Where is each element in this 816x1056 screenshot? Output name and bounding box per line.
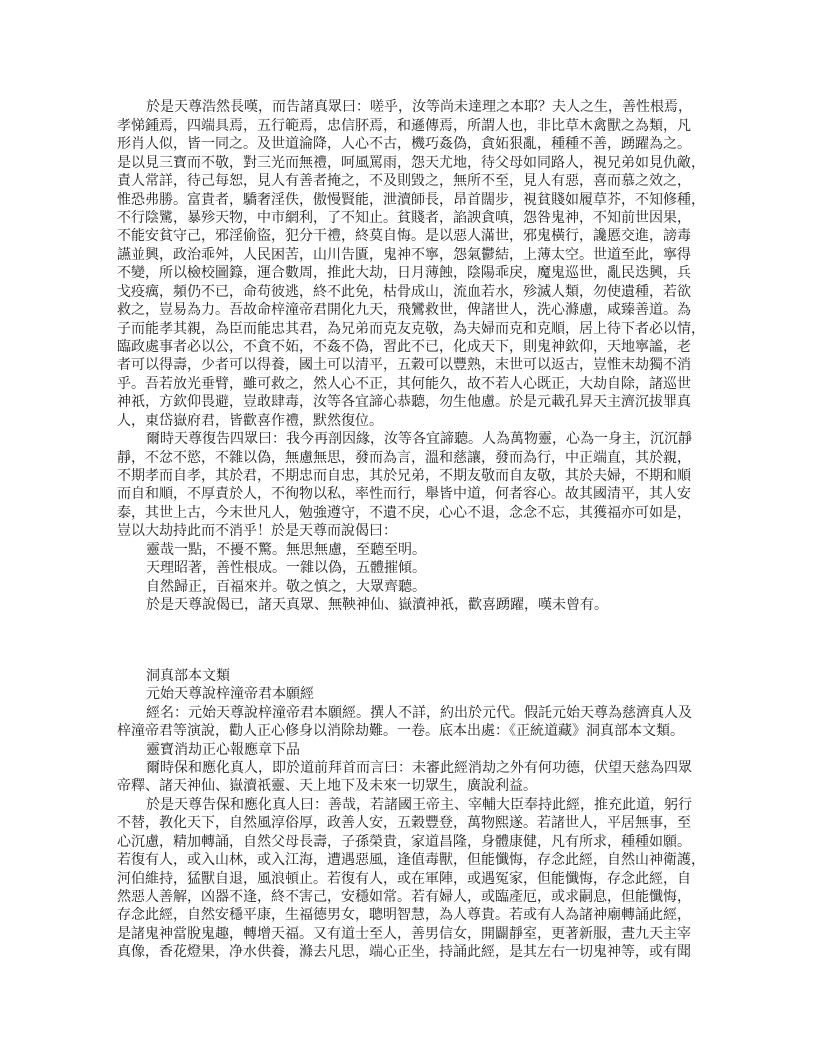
text-line: 臨政處事者必以公，不貪不妬，不姦不偽，習此不已，化成天下，則鬼神欽仰，天地寧謐，…	[117, 338, 717, 356]
text-line: 河伯維持，猛獸自退，風浪頓止。若復有人，或在軍陣，或遇冤家，但能懺悔，存念此經，…	[117, 870, 717, 888]
text-line: 然惡人善解，凶器不逢，終不害己，安穩如常。若有婦人，或臨產厄，或求嗣息，但能懺悔…	[117, 888, 717, 906]
text-line: 不能安貧守己，邪淫偷盜，犯分干禮，終莫自悔。是以惡人滿世，邪鬼橫行，讒慝交進，謗…	[117, 227, 717, 245]
text-line: 而自和順，不厚責於人，不徇物以私，率性而行，舉皆中道，何者容心。故其國清平，其人…	[117, 485, 717, 503]
text-line: 爾時保和應化真人，即於道前拜首而言曰：未審此經消劫之外有何功德，伏望天慈為四眾	[146, 759, 746, 777]
text-line: 若復有人，或入山林，或入江海，遭遇惡風，逢值毒獸，但能懺悔，存念此經，自然山神衛…	[117, 851, 717, 869]
text-line: 惟恐弗勝。富貴者，驕奢淫佚，傲慢賢能，泄瀆師長，昂首闊步，視貧賤如履草芥，不知修…	[117, 191, 717, 209]
category-heading: 洞真部本文類	[146, 667, 746, 685]
verse-line: 靈哉一點，不擾不驚。無思無慮，至聽至明。	[146, 541, 746, 559]
text-line: 人，東岱嶽府君，皆歡喜作禮，默然復位。	[117, 412, 717, 430]
text-line: 豈以大劫持此而不消乎！於是天尊而說偈曰：	[117, 522, 717, 540]
text-line: 帝釋、諸天神仙、嶽瀆祇靈、天上地下及未來一切眾生，廣說利益。	[117, 777, 717, 795]
text-line: 存念此經，自然安穩平康，生福德男女，聰明智慧，為人尊貴。若或有人為諸神廟轉誦此經…	[117, 906, 717, 924]
text-line: 於是天尊告保和應化真人曰：善哉，若諸國王帝主、宰輔大臣奉持此經，推充此道，躬行	[146, 796, 746, 814]
text-line: 心沉慮，精加轉誦，自然父母長壽，子孫榮貴，家道昌隆，身體康健，凡有所求，種種如願…	[117, 833, 717, 851]
verse-line: 天理昭著，善性根成。一雜以偽，五體摧傾。	[146, 559, 746, 577]
text-line: 子而能孝其親，為臣而能忠其君，為兄弟而克友克敬，為夫婦而克和克順，居上待下者必以…	[117, 320, 717, 338]
document-page: 於是天尊浩然長嘆，而告諸真眾曰：嗟乎，汝等尚未達理之本耶？夫人之生，善性根焉， …	[0, 0, 816, 1056]
text-line: 爾時天尊復告四眾曰：我今再剖因緣，汝等各宜諦聽。人為萬物靈，心為一身主，沉沉靜	[146, 430, 746, 448]
text-line: 不行陰騭，暴殄天物，中市網利，了不知止。貧賤者，諂諛貪嗔，怨咎鬼神，不知前世因果…	[117, 209, 717, 227]
text-line: 於是天尊浩然長嘆，而告諸真眾曰：嗟乎，汝等尚未達理之本耶？夫人之生，善性根焉，	[146, 98, 746, 116]
chapter-heading: 靈寶消劫正心報應章下品	[146, 741, 746, 759]
text-line: 讌並興，政治乖舛，人民困苦，山川告匱，鬼神不寧，怨氣鬱結，上薄太空。世道至此，寧…	[117, 246, 717, 264]
text-line: 形肖人似，皆一同之。及世道淪降，人心不古，機巧姦偽，貪妬狠亂，種種不善，踴躍為之…	[117, 135, 717, 153]
text-line: 乎。吾若放光垂臂，雖可救之，然人心不正，其何能久，故不若人心既正，大劫自除，諸巡…	[117, 375, 717, 393]
text-line: 是以見三寶而不敬，對三光而無禮，呵風罵雨，怨天尤地，待父母如同路人，視兄弟如見仇…	[117, 154, 717, 172]
verse-line: 自然歸正，百福來并。敬之慎之，大眾齊聽。	[146, 578, 746, 596]
text-line: 者可以得壽，少者可以得養，國土可以清平，五穀可以豐熟，末世可以返古，豈惟末劫獨不…	[117, 356, 717, 374]
text-line: 不變，所以檢校圖籙，運合數周，推此大劫，日月薄蝕，陰陽乖戾，魔鬼巡世，亂民迭興，…	[117, 264, 717, 282]
text-line: 經名：元始天尊說梓潼帝君本願經。撰人不詳，約出於元代。假託元始天尊為慈濟真人及	[146, 704, 746, 722]
text-line: 不替，教化天下，自然風淳俗厚，政善人安，五穀豐登，萬物熙遂。若諸世人，平居無事，…	[117, 814, 717, 832]
text-line: 靜，不忿不慾，不雜以偽，無慮無思，發而為言，溫和慈讓，發而為行，中正端直，其於親…	[117, 449, 717, 467]
text-line: 孝悌鍾焉，四端具焉，五行範焉，忠信肧焉，和遜傳焉，所謂人也，非比草木禽獸之為類，…	[117, 117, 717, 135]
scripture-title: 元始天尊說梓潼帝君本願經	[146, 685, 746, 703]
text-line: 戈疫癘，頻仍不已，命苟彼逃，終不此免，枯骨成山，流血若水，殄滅人類，勿使遺種，若…	[117, 283, 717, 301]
closing-line: 於是天尊說偈已，諸天真眾、無鞅神仙、嶽瀆神祇，歡喜踴躍，嘆未曾有。	[146, 596, 746, 614]
text-line: 神祇，方欽仰畏避，豈敢肆毒，汝等各宜諦心恭聽，勿生他慮。於是元載孔昇天主濟沉拔罪…	[117, 393, 717, 411]
text-line: 真像，香花燈果，净水供養，滌去凡思，端心正坐，持誦此經，是其左右一切鬼神等，或有…	[117, 943, 717, 961]
text-line: 責人常詳，待己每恕，見人有善者掩之，不及則毀之，無所不至，見人有惡，喜而慕之效之…	[117, 172, 717, 190]
text-line: 是諸鬼神當脫鬼趣，轉增天福。又有道士至人，善男信女，開闢靜室，更著新服，晝九天主…	[117, 925, 717, 943]
text-line: 救之，豈易為力。吾故命梓潼帝君開化九天，飛鸞救世，俾諸世人，洗心滌慮，咸臻善道。…	[117, 301, 717, 319]
text-line: 泰，其世上古，今末世凡人，勉強遵守，不遺不戾，心心不退，念念不忘，其獲福亦可如是…	[117, 504, 717, 522]
text-line: 梓潼帝君等演說，勸人正心修身以消除劫難。一卷。底本出處：《正統道藏》洞真部本文類…	[117, 722, 717, 740]
text-line: 不期孝而自孝，其於君，不期忠而自忠，其於兄弟，不期友敬而自友敬，其於夫婦，不期和…	[117, 467, 717, 485]
